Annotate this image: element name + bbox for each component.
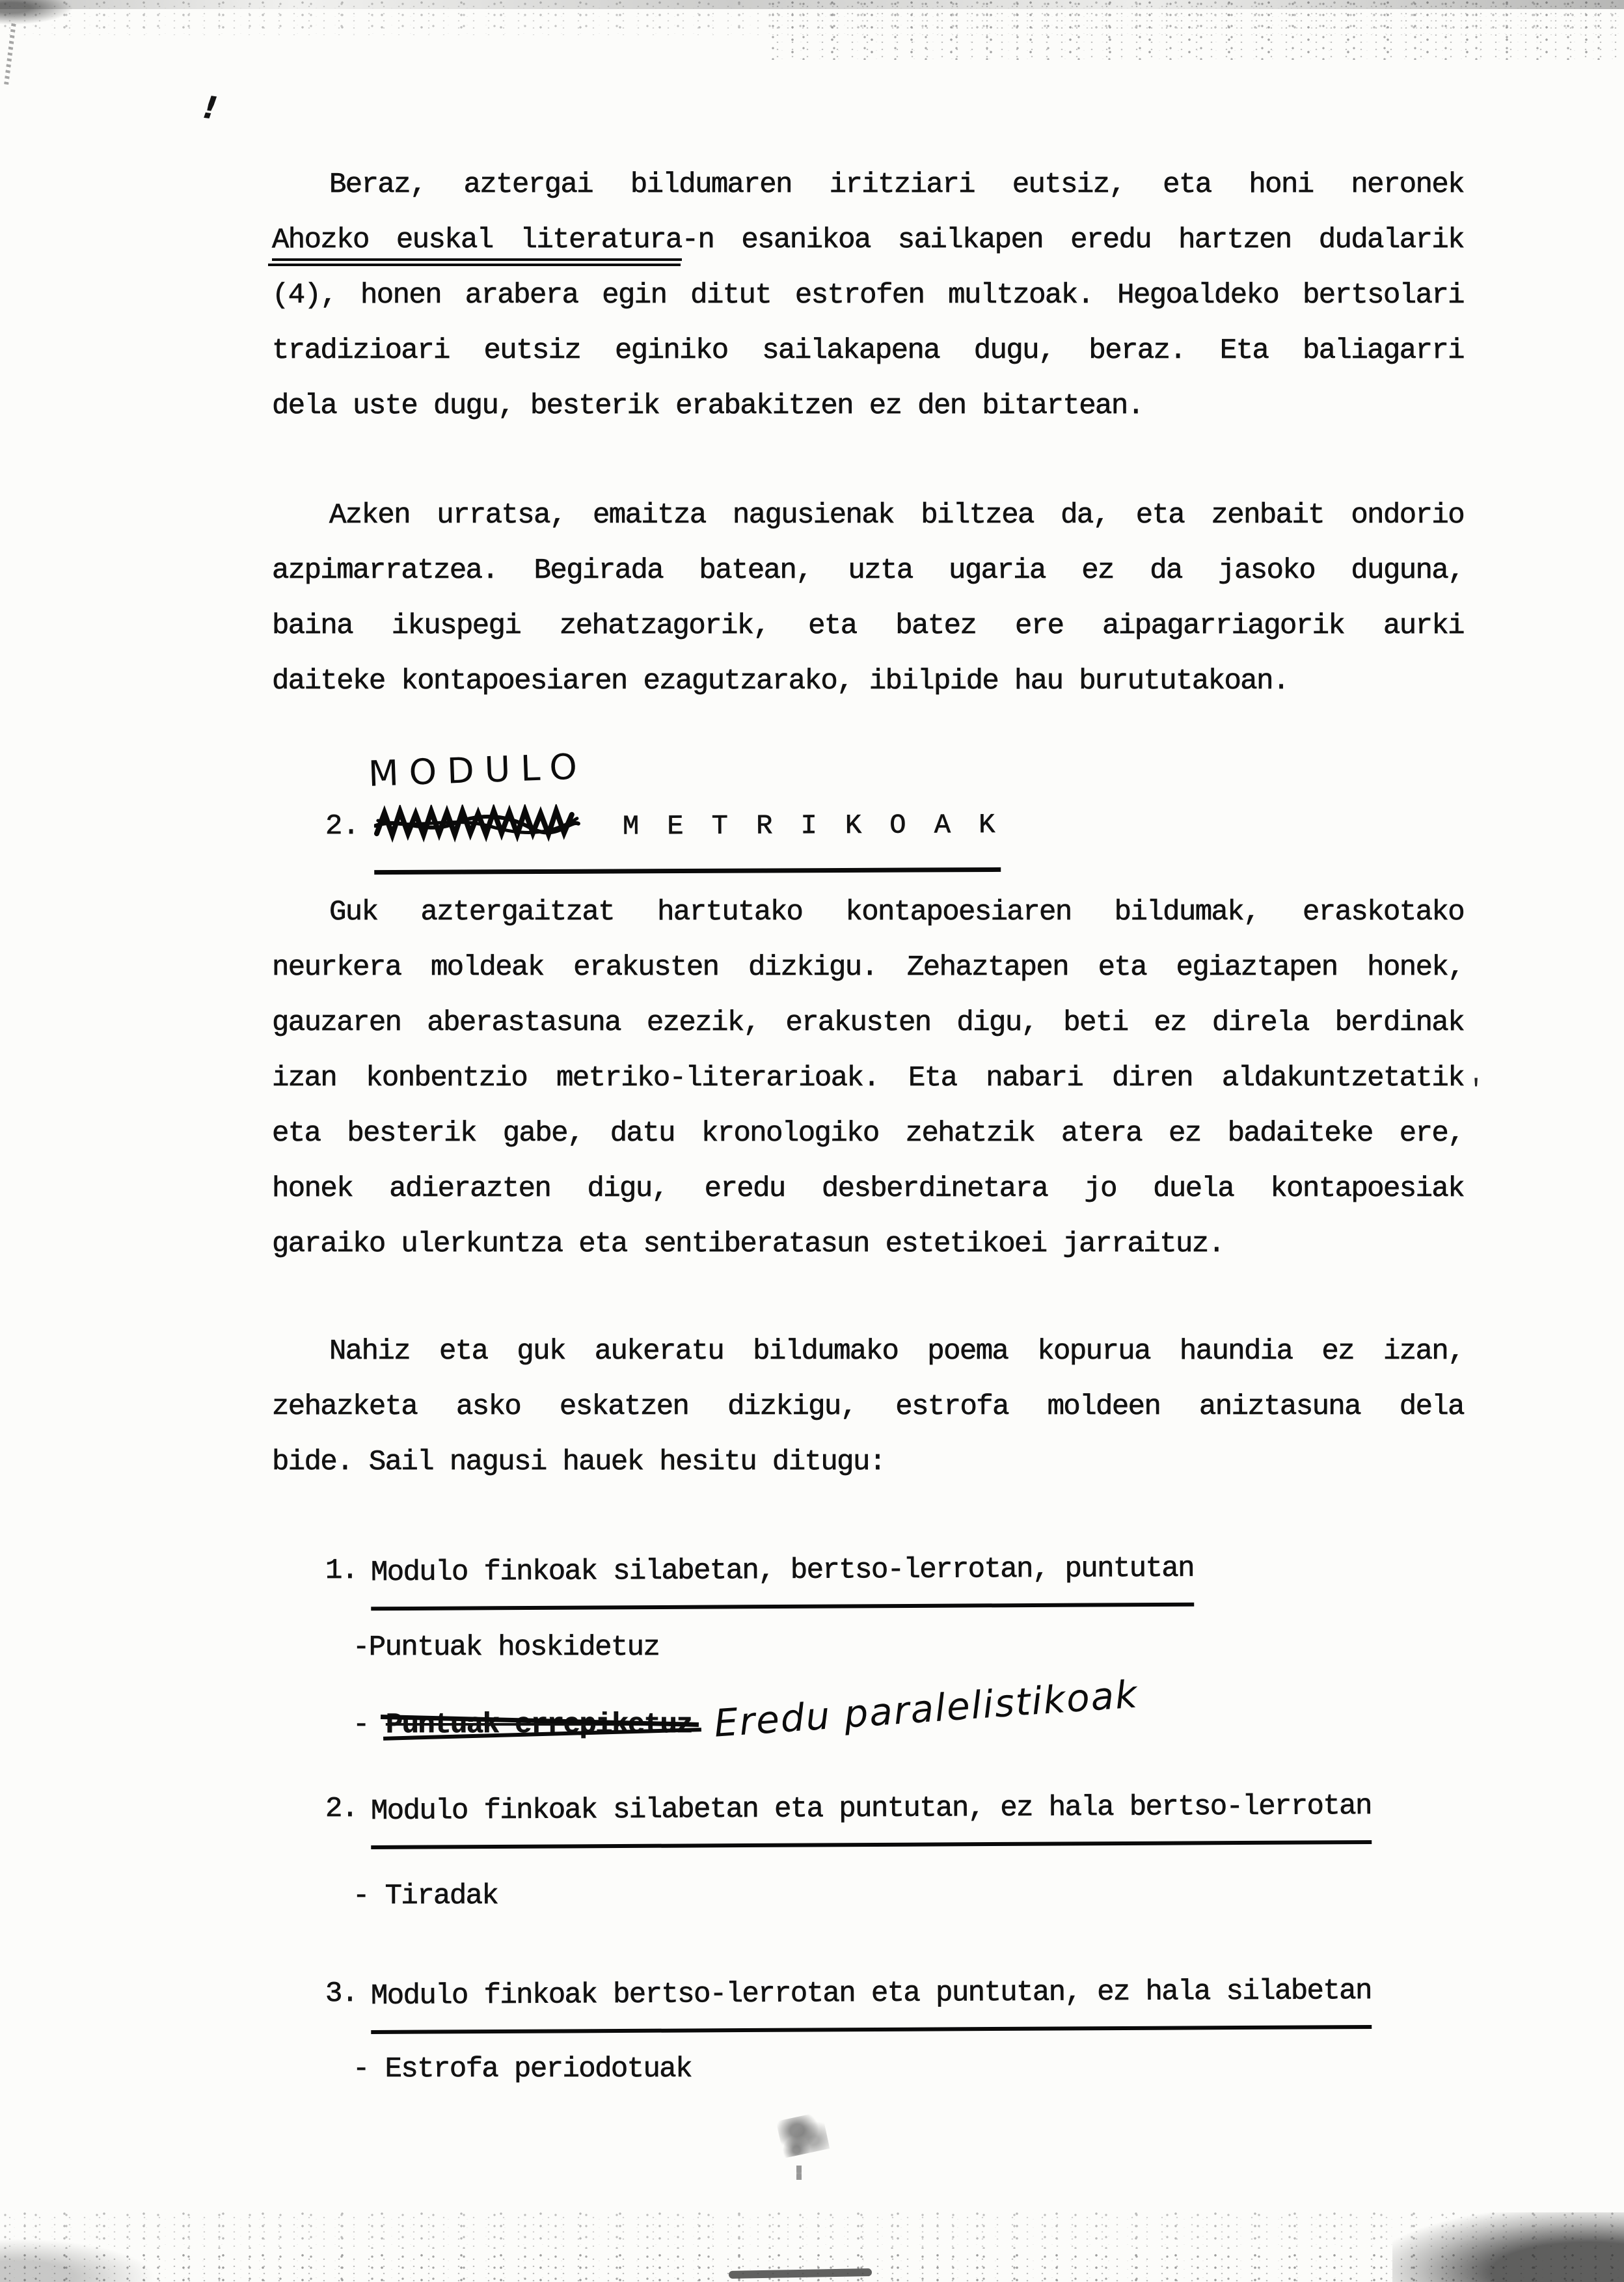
list-item-1: 1.Modulo finkoak silabetan, bertso-lerro… xyxy=(325,1543,1194,1599)
dash: - xyxy=(353,1709,369,1741)
handwritten-note: Eredu paralelistikoak xyxy=(712,1666,1141,1751)
list-item-title-underlined: Modulo finkoak bertso-lerrotan eta puntu… xyxy=(370,1964,1371,2034)
heading-number: 2. xyxy=(325,810,360,843)
typed-line: tradizioari eutsiz eginiko sailakapena d… xyxy=(272,323,1464,379)
scan-noise-bottom-edge xyxy=(0,2253,1624,2282)
typed-line: Guk aztergaitzat hartutako kontapoesiare… xyxy=(272,885,1464,940)
typed-line: honek adierazten digu, eredu desberdinet… xyxy=(272,1161,1464,1217)
ink-smudge xyxy=(776,2112,830,2158)
heading-title: M E T R I K O A K xyxy=(623,809,1001,843)
paragraph-4: Nahiz eta guk aukeratu bildumako poema k… xyxy=(272,1324,1464,1490)
typed-line: daiteke kontapoesiaren ezagutzarako, ibi… xyxy=(272,654,1464,709)
paragraph-3: Guk aztergaitzat hartutako kontapoesiare… xyxy=(272,885,1464,1272)
typed-line: azpimarratzea. Begirada batean, uzta uga… xyxy=(272,543,1464,599)
typed-line: zehazketa asko eskatzen dizkigu, estrofa… xyxy=(272,1379,1464,1435)
heading-underline: M E T R I K O A K xyxy=(374,798,1001,875)
stray-pen-tick: ' xyxy=(1468,1075,1484,1106)
typed-line: gauzaren aberastasuna ezezik, erakusten … xyxy=(272,996,1464,1051)
scan-blotch-bottom-right xyxy=(1392,2212,1624,2282)
list-item-title-underlined: Modulo finkoak silabetan eta puntutan, e… xyxy=(370,1779,1371,1849)
typed-line: bide. Sail nagusi hauek hesitu ditugu: xyxy=(272,1435,1464,1490)
list-number: 2. xyxy=(325,1793,358,1825)
typed-line: Nahiz eta guk aukeratu bildumako poema k… xyxy=(272,1324,1464,1379)
underlined-phrase: Ahozko euskal literatura xyxy=(272,224,682,261)
scan-noise-top-band xyxy=(0,0,1624,35)
scan-streak-bottom xyxy=(729,2268,872,2279)
scan-noise-top-right xyxy=(768,0,1624,60)
typed-line: Azken urratsa, emaitza nagusienak biltze… xyxy=(272,488,1464,543)
typed-line: izan konbentzio metriko-literarioak. Eta… xyxy=(272,1051,1464,1106)
list-item-3: 3.Modulo finkoak bertso-lerrotan eta pun… xyxy=(325,1966,1371,2022)
list-sub-item: - Estrofa periodotuak xyxy=(353,2042,692,2097)
typed-line: garaiko ulerkuntza eta sentiberatasun es… xyxy=(272,1217,1464,1272)
list-item-title-underlined: Modulo finkoak silabetan, bertso-lerrota… xyxy=(370,1542,1194,1611)
scan-noise-bottom-band xyxy=(0,2211,1624,2249)
scratched-out-word xyxy=(374,804,581,863)
paragraph-2: Azken urratsa, emaitza nagusienak biltze… xyxy=(272,488,1464,709)
typed-line-rest: -n esanikoa sailkapen eredu hartzen duda… xyxy=(682,224,1464,256)
pen-mark: ! xyxy=(200,89,219,128)
scan-artifact-squiggle xyxy=(4,22,16,85)
list-number: 1. xyxy=(325,1555,358,1587)
typed-line: Beraz, aztergai bildumaren iritziari eut… xyxy=(272,157,1464,213)
paragraph-1: Beraz, aztergai bildumaren iritziari eut… xyxy=(272,157,1464,434)
scratched-out-text: Puntuak errepiketuz xyxy=(386,1698,692,1753)
typed-line: dela uste dugu, besterik erabakitzen ez … xyxy=(272,379,1464,434)
scan-noise-top-edge xyxy=(0,0,1624,9)
list-sub-item: -Puntuak hoskidetuz xyxy=(353,1620,659,1676)
handwritten-annotation-modulo: MODULO xyxy=(368,746,588,795)
scanned-document-page: ! ' Beraz, aztergai bildumaren iritziari… xyxy=(0,0,1624,2282)
scan-blotch-bottom-left xyxy=(0,2238,156,2282)
typed-line: eta besterik gabe, datu kronologiko zeha… xyxy=(272,1106,1464,1161)
list-number: 3. xyxy=(325,1977,358,2010)
list-sub-item-corrected: -Puntuak errepiketuzEredu paralelistikoa… xyxy=(353,1692,1139,1747)
section-heading: 2.M E T R I K O A K xyxy=(325,799,1001,854)
typed-line: (4), honen arabera egin ditut estrofen m… xyxy=(272,268,1464,323)
list-item-2: 2.Modulo finkoak silabetan eta puntutan,… xyxy=(325,1782,1371,1837)
ink-smudge-dot xyxy=(796,2166,802,2180)
typed-line: baina ikuspegi zehatzagorik, eta batez e… xyxy=(272,599,1464,654)
list-sub-item: - Tiradak xyxy=(353,1869,498,1924)
typed-line: neurkera moldeak erakusten dizkigu. Zeha… xyxy=(272,940,1464,996)
typed-line: Ahozko euskal literatura-n esanikoa sail… xyxy=(272,213,1464,268)
